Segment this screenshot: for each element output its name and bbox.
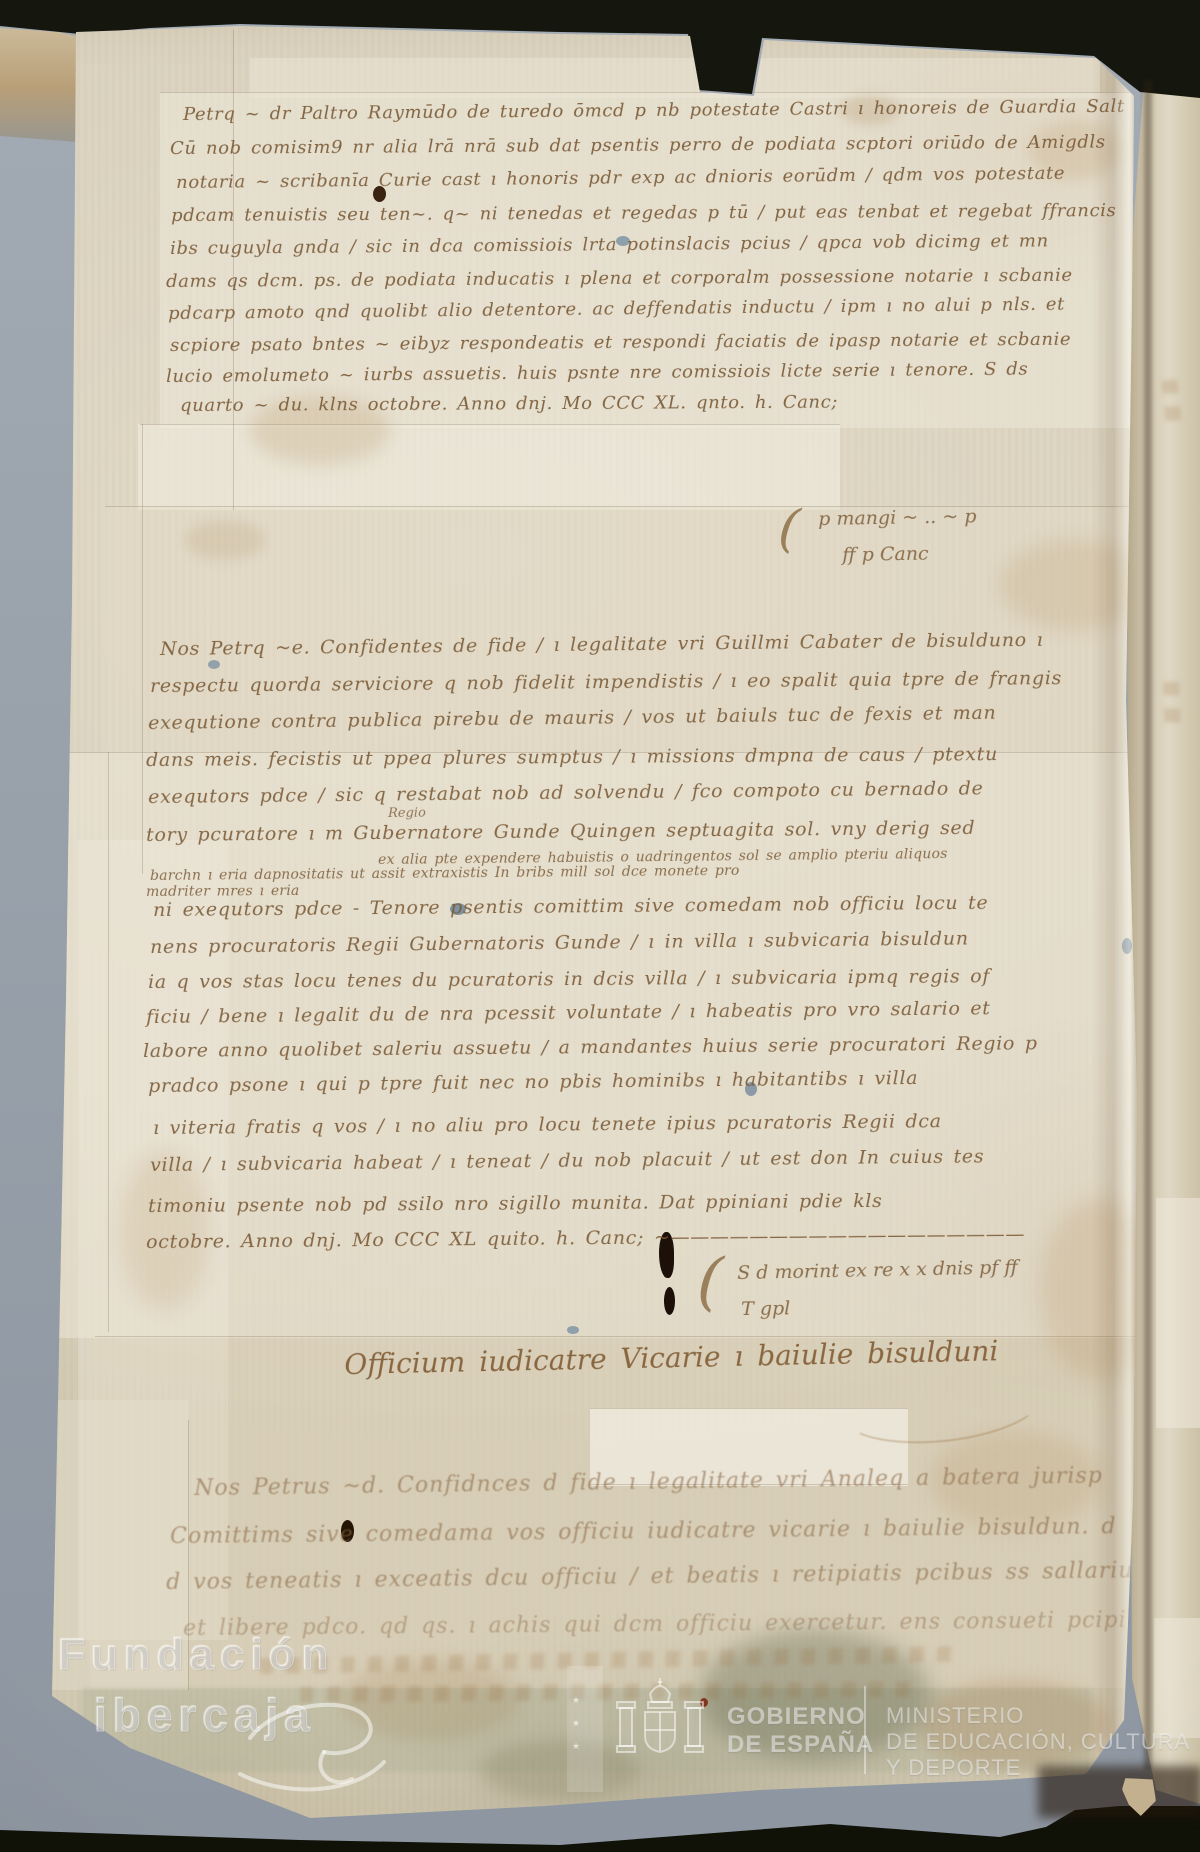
manuscript-photo: Petrq ~ dr Paltro Raymūdo de turedo ōmcd… <box>0 0 1200 1852</box>
stain <box>185 520 265 560</box>
ink-bleed <box>1163 682 1181 731</box>
paper-patch <box>1156 1198 1200 1428</box>
manuscript-line: ff p Canc <box>842 542 929 566</box>
previous-page-sliver <box>0 22 84 142</box>
gobierno-text-line1: GOBIERNO <box>727 1703 866 1731</box>
paper-seam <box>142 424 143 874</box>
blank-paper-strip <box>138 424 840 510</box>
corner-shadow <box>1038 1766 1200 1818</box>
ibercaja-swoosh-icon <box>232 1676 392 1806</box>
pen-flourish: ( <box>695 1244 725 1320</box>
star-icon: ★ <box>572 1719 580 1729</box>
logo-bar <box>567 1666 603 1792</box>
manuscript-line: T gpl <box>741 1297 790 1320</box>
paper-seam <box>105 506 1135 507</box>
adjacent-page-edge <box>1126 78 1200 1804</box>
ibercaja-wordmark-line1: Fundación <box>58 1630 334 1680</box>
paper-seam <box>108 752 109 1332</box>
manuscript-page: Petrq ~ dr Paltro Raymūdo de turedo ōmcd… <box>0 0 1200 1852</box>
interlinear-word: Regio <box>388 806 426 821</box>
manuscript-line: p mangi ~ .. ~ p <box>818 505 977 530</box>
gutter-crease <box>1144 80 1152 1770</box>
logo-divider <box>864 1686 866 1774</box>
paper-seam <box>140 424 840 425</box>
ministerio-text-line2: DE EDUCACIÓN, CULTURA <box>886 1729 1190 1755</box>
paper-patch <box>1154 1618 1200 1738</box>
paper-hole <box>664 1287 675 1315</box>
ink-bleed <box>1161 379 1182 432</box>
gobierno-text-line2: DE ESPAÑA <box>727 1731 874 1759</box>
spain-coat-of-arms-icon <box>612 1672 708 1776</box>
paper-seam <box>160 92 1135 93</box>
star-icon: ★ <box>572 1696 580 1706</box>
manuscript-line: quarto ~ du. klns octobre. Anno dnj. Mo … <box>180 392 838 416</box>
grey-speck <box>567 1326 579 1334</box>
ministerio-text-line1: MINISTERIO <box>886 1703 1024 1729</box>
star-icon: ★ <box>572 1742 580 1752</box>
ministerio-text-line3: Y DEPORTE <box>886 1755 1021 1781</box>
grey-speck <box>208 660 220 669</box>
